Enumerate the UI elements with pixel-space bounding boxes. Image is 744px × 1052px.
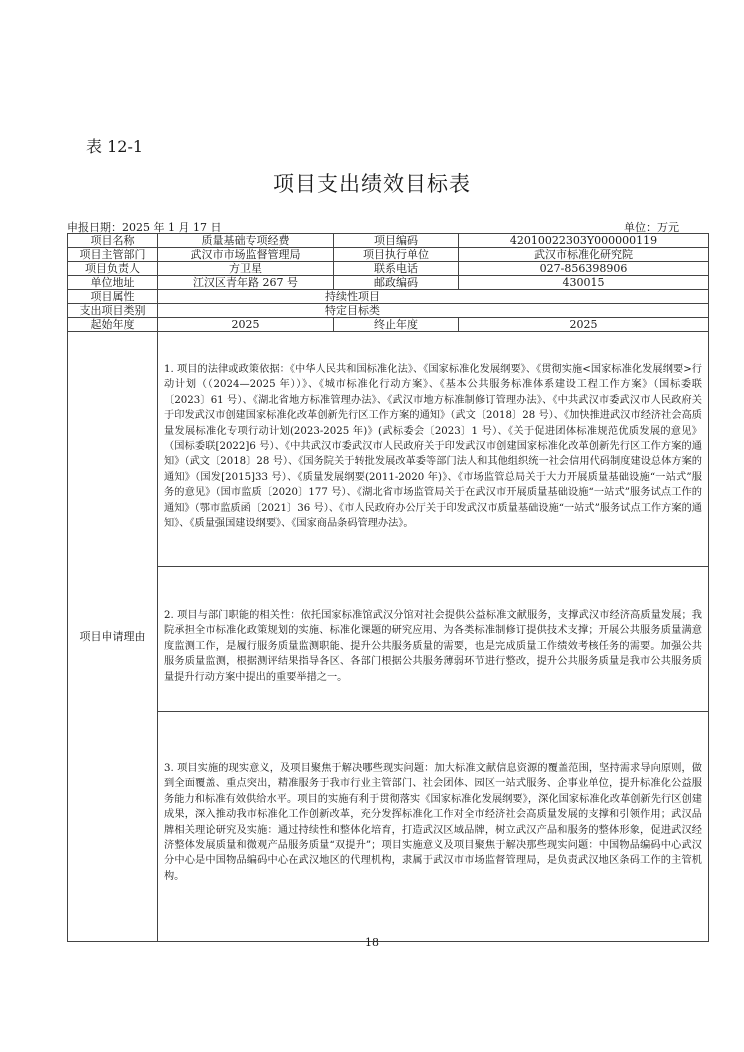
field-label: 联系电话 xyxy=(334,262,459,276)
field-label: 终止年度 xyxy=(334,318,459,332)
table-number: 表 12-1 xyxy=(86,134,143,157)
address-value: 江汉区青年路 267 号 xyxy=(158,276,334,290)
field-label: 单位地址 xyxy=(68,276,158,290)
report-meta: 申报日期：2025 年 1 月 17 日 单位：万元 xyxy=(67,219,707,233)
project-name-value: 质量基础专项经费 xyxy=(158,234,334,248)
field-label: 起始年度 xyxy=(68,318,158,332)
performance-target-table: 项目名称 质量基础专项经费 项目编码 42010022303Y000000119… xyxy=(67,233,709,942)
field-label: 项目执行单位 xyxy=(334,248,459,262)
table-row: 项目主管部门 武汉市市场监督管理局 项目执行单位 武汉市标准化研究院 xyxy=(68,248,709,262)
field-label: 项目编码 xyxy=(334,234,459,248)
reason-paragraph-relevance: 2. 项目与部门职能的相关性：依托国家标准馆武汉分馆对社会提供公益标准文献服务，… xyxy=(158,566,708,711)
field-label: 项目属性 xyxy=(68,290,158,304)
postcode-value: 430015 xyxy=(459,276,709,290)
table-row: 支出项目类别 特定目标类 xyxy=(68,304,709,318)
page-title: 项目支出绩效目标表 xyxy=(0,168,744,198)
table-row: 起始年度 2025 终止年度 2025 xyxy=(68,318,709,332)
reason-paragraph-legal-basis: 1. 项目的法律或政策依据：《中华人民共和国标准化法》、《国家标准化发展纲要》、… xyxy=(158,332,708,566)
supervising-dept-value: 武汉市市场监督管理局 xyxy=(158,248,334,262)
reason-content: 1. 项目的法律或政策依据：《中华人民共和国标准化法》、《国家标准化发展纲要》、… xyxy=(158,332,709,942)
page-number: 18 xyxy=(0,936,744,949)
field-label: 支出项目类别 xyxy=(68,304,158,318)
table-row: 项目负责人 方卫星 联系电话 027-856398906 xyxy=(68,262,709,276)
reason-label: 项目申请理由 xyxy=(68,332,158,942)
table-row: 项目申请理由 1. 项目的法律或政策依据：《中华人民共和国标准化法》、《国家标准… xyxy=(68,332,709,942)
table-row: 项目属性 持续性项目 xyxy=(68,290,709,304)
project-attribute-value: 持续性项目 xyxy=(158,290,709,304)
project-lead-value: 方卫星 xyxy=(158,262,334,276)
field-label: 项目负责人 xyxy=(68,262,158,276)
field-label: 邮政编码 xyxy=(334,276,459,290)
table-row: 单位地址 江汉区青年路 267 号 邮政编码 430015 xyxy=(68,276,709,290)
executing-unit-value: 武汉市标准化研究院 xyxy=(459,248,709,262)
phone-value: 027-856398906 xyxy=(459,262,709,276)
field-label: 项目名称 xyxy=(68,234,158,248)
expense-category-value: 特定目标类 xyxy=(158,304,709,318)
start-year-value: 2025 xyxy=(158,318,334,332)
reason-paragraph-significance: 3. 项目实施的现实意义，及项目聚焦于解决哪些现实问题：加大标准文献信息资源的覆… xyxy=(158,711,708,941)
end-year-value: 2025 xyxy=(459,318,709,332)
table-row: 项目名称 质量基础专项经费 项目编码 42010022303Y000000119 xyxy=(68,234,709,248)
project-code-value: 42010022303Y000000119 xyxy=(459,234,709,248)
field-label: 项目主管部门 xyxy=(68,248,158,262)
